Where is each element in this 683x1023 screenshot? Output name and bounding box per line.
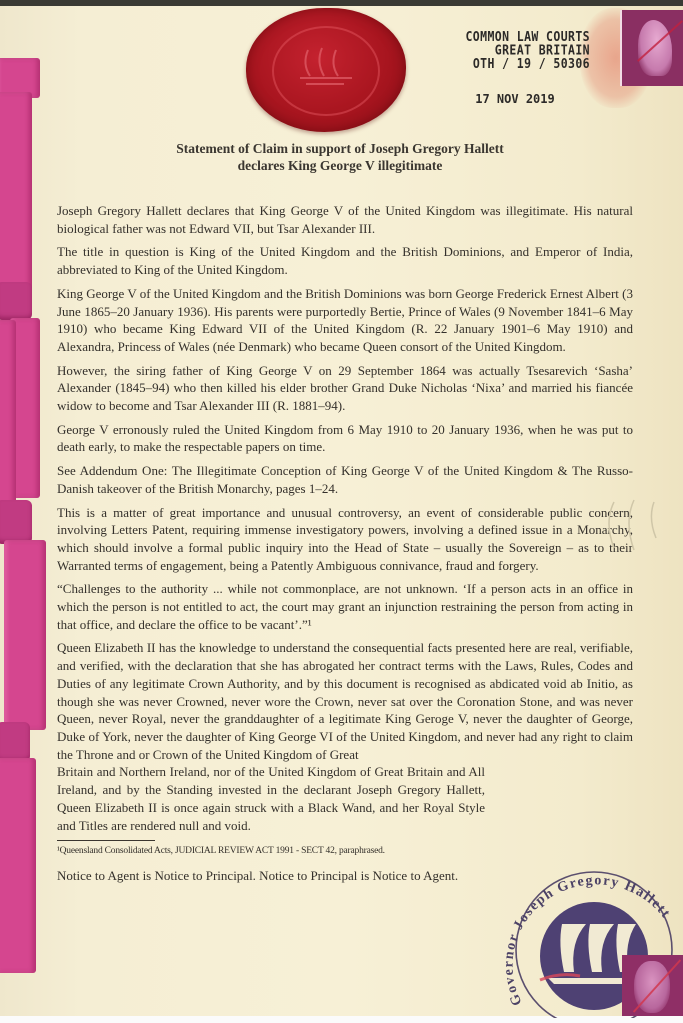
- postage-stamp: [620, 10, 683, 86]
- queen-portrait-icon: [638, 20, 672, 76]
- emboss-mark: [600, 498, 670, 558]
- ship-icon: [298, 44, 354, 90]
- paragraph: “Challenges to the authority ... while n…: [57, 580, 633, 633]
- paragraph-queen-continued: Britain and Northern Ireland, nor of the…: [57, 763, 485, 834]
- notice: Notice to Agent is Notice to Principal. …: [57, 867, 485, 885]
- paragraph-queen: Queen Elizabeth II has the knowledge to …: [57, 639, 633, 763]
- paragraph: King George V of the United Kingdom and …: [57, 285, 633, 356]
- document-body: Joseph Gregory Hallett declares that Kin…: [57, 202, 633, 891]
- wax-seal: [246, 8, 406, 132]
- footnote-divider: [57, 840, 155, 841]
- footnote: ¹Queensland Consolidated Acts, JUDICIAL …: [57, 845, 485, 857]
- title-line-2: declares King George V illegitimate: [100, 157, 580, 174]
- paragraph: Joseph Gregory Hallett declares that Kin…: [57, 202, 633, 237]
- stamp-date: 17 NOV 2019: [470, 92, 560, 106]
- paragraph: However, the siring father of King Georg…: [57, 362, 633, 415]
- paragraph: George V erronously ruled the United Kin…: [57, 421, 633, 456]
- postage-stamp-bottom: [622, 955, 683, 1016]
- paragraph: The title in question is King of the Uni…: [57, 243, 633, 278]
- document-title: Statement of Claim in support of Joseph …: [100, 140, 580, 174]
- paragraph: See Addendum One: The Illegitimate Conce…: [57, 462, 633, 497]
- paragraph: This is a matter of great importance and…: [57, 504, 633, 575]
- ribbon-binding: [0, 0, 48, 1023]
- court-reference: OTH / 19 / 50306: [430, 57, 590, 70]
- title-line-1: Statement of Claim in support of Joseph …: [100, 140, 580, 157]
- court-stamp: COMMON LAW COURTS GREAT BRITAIN OTH / 19…: [430, 30, 590, 70]
